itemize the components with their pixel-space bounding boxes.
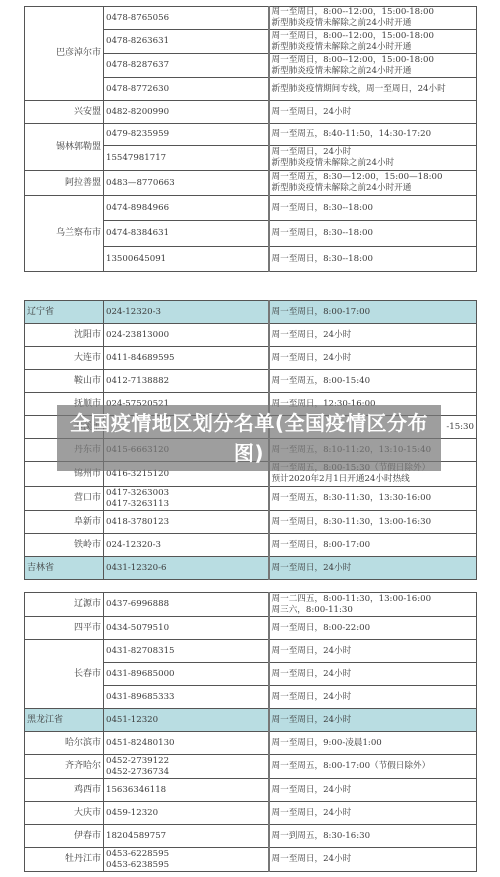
region-cell: 阜新市 [25,511,104,534]
hours-cell: 周一至周日，8:00--12:00，15:00-18:00新型肺炎疫情未解除之前… [269,7,477,30]
hours-cell: 周一至周日，24小时 [269,848,477,872]
phone-cell: 0431-89685333 [104,686,269,709]
hours-cell: 周一至周日，24小时 [269,709,477,732]
hours-cell: 周一至周日，24小时 [269,802,477,825]
table-row: 阿拉善盟 0483—8770663 周一至周五，8:30—12:00，15:00… [25,171,477,196]
hours-cell: 周一至周日，24小时 [269,663,477,686]
hours-cell: 周一至周日，8:00-17:00 [269,534,477,557]
hours-cell: 周一至周日，24小时 [269,347,477,370]
hours-cell: 周一至周日，24小时 [269,557,477,580]
hours-cell: 周一二四五，8:00-11:30，13:00-16:00周三六，8:00-11:… [269,593,477,617]
table-row: 铁岭市 024-12320-3 周一至周日，8:00-17:00 [25,534,477,557]
phone-cell: 0451-82480130 [104,732,269,755]
hours-cell: 周一至周日，8:30-11:30，13:00-16:30 [269,511,477,534]
region-cell: 铁岭市 [25,534,104,557]
region-cell: 大庆市 [25,802,104,825]
hours-cell: 周一至周日，9:00-凌晨1:00 [269,732,477,755]
table-row: 辽源市 0437-6996888 周一二四五，8:00-11:30，13:00-… [25,593,477,617]
hours-cell: 周一至周日，24小时 [269,686,477,709]
phone-cell: 0431-12320-6 [104,557,269,580]
phone-cell: 0411-84689595 [104,347,269,370]
hours-cell: 周一至周日，8:30--18:00 [269,196,477,221]
province-cell: 黑龙江省 [25,709,104,732]
phone-cell: 0434-5079510 [104,617,269,640]
table-row: 长春市 0431-82708315 周一至周日，24小时 [25,640,477,663]
hotline-table-3: 辽源市 0437-6996888 周一二四五，8:00-11:30，13:00-… [24,592,476,872]
region-cell: 四平市 [25,617,104,640]
phone-cell: 0478-8765056 [104,7,269,30]
hours-cell: 周一至周日，8:00-22:00 [269,617,477,640]
region-cell: 辽源市 [25,593,104,617]
phone-cell: 0474-8984966 [104,196,269,221]
province-cell: 吉林省 [25,557,104,580]
hours-cell: 周一至周日，24小时 [269,324,477,347]
region-cell: 巴彦淖尔市 [25,7,104,101]
hours-cell: 周一至周日，24小时新型肺炎疫情未解除之前24小时 [269,146,477,171]
table-row: 四平市 0434-5079510 周一至周日，8:00-22:00 [25,617,477,640]
hours-cell: 周一至周五，8:00-17:00（节假日除外） [269,755,477,779]
region-cell: 伊春市 [25,825,104,848]
hours-cell: 周一至周五，8:30—12:00，15:00—18:00新型肺炎疫情未解除之前2… [269,171,477,196]
hours-cell: 周一至周日，8:00--12:00，15:00-18:00新型肺炎疫情未解除之前… [269,30,477,54]
phone-cell: 0418-3780123 [104,511,269,534]
hours-cell: 周一至周五，8:40-11:50，14:30-17:20 [269,124,477,146]
hours-cell: 周一至周五，8:00-15:40 [269,370,477,393]
hours-cell: 周一至周日，24小时 [269,101,477,124]
province-row: 辽宁省 024-12320-3 周一至周日，8:00-17:00 [25,301,477,324]
table-row: 哈尔滨市 0451-82480130 周一至周日，9:00-凌晨1:00 [25,732,477,755]
region-cell: 锡林郭勒盟 [25,124,104,171]
region-cell: 兴安盟 [25,101,104,124]
phone-cell: 0474-8384631 [104,221,269,247]
table-row: 乌兰察布市 0474-8984966 周一至周日，8:30--18:00 [25,196,477,221]
title-overlay-banner: 全国疫情地区划分名单(全国疫情区分布图) [57,405,441,471]
hours-cell: 周一至周日，8:30--18:00 [269,247,477,272]
phone-cell: 0431-89685000 [104,663,269,686]
table-row: 兴安盟 0482-8200990 周一至周日，24小时 [25,101,477,124]
region-cell: 大连市 [25,347,104,370]
table-row: 大连市 0411-84689595 周一至周日，24小时 [25,347,477,370]
hours-cell: 周一至周日，24小时 [269,779,477,802]
region-cell: 哈尔滨市 [25,732,104,755]
phone-cell: 024-12320-3 [104,534,269,557]
phone-cell: 0437-6996888 [104,593,269,617]
phone-cell: 0483—8770663 [104,171,269,196]
region-cell: 鞍山市 [25,370,104,393]
hours-cell: 周一至周日，8:30--18:00 [269,221,477,247]
phone-cell: 15547981717 [104,146,269,171]
phone-cell: 0453-62285950453-6238595 [104,848,269,872]
hours-cell: 周一到周五，8:30-16:30 [269,825,477,848]
phone-cell: 0482-8200990 [104,101,269,124]
phone-cell: 0417-32630030417-3263113 [104,487,269,511]
hours-cell: 周一至周日，24小时 [269,640,477,663]
hours-cell: 周一至周日，8:00-17:00 [269,301,477,324]
hours-cell: 周一至周五，8:30-11:30，13:30-16:00 [269,487,477,511]
region-cell: 沈阳市 [25,324,104,347]
table-row: 营口市 0417-32630030417-3263113 周一至周五，8:30-… [25,487,477,511]
region-cell: 齐齐哈尔 [25,755,104,779]
region-cell: 阿拉善盟 [25,171,104,196]
province-cell: 辽宁省 [25,301,104,324]
table-row: 牡丹江市 0453-62285950453-6238595 周一至周日，24小时 [25,848,477,872]
phone-cell: 0478-8287637 [104,54,269,78]
phone-cell: 024-12320-3 [104,301,269,324]
table-row: 伊春市 18204589757 周一到周五，8:30-16:30 [25,825,477,848]
table-row: 巴彦淖尔市 0478-8765056 周一至周日，8:00--12:00，15:… [25,7,477,30]
phone-cell: 0452-27391220452-2736734 [104,755,269,779]
phone-cell: 0478-8263631 [104,30,269,54]
region-cell: 牡丹江市 [25,848,104,872]
region-cell: 营口市 [25,487,104,511]
table-row: 鸡西市 15636346118 周一至周日，24小时 [25,779,477,802]
table-row: 锡林郭勒盟 0479-8235959 周一至周五，8:40-11:50，14:3… [25,124,477,146]
hours-cell: 新型肺炎疫情期间专线，周一至周日，24小时 [269,78,477,101]
phone-cell: 0478-8772630 [104,78,269,101]
region-cell: 长春市 [25,640,104,709]
province-row: 吉林省 0431-12320-6 周一至周日，24小时 [25,557,477,580]
phone-cell: 0451-12320 [104,709,269,732]
phone-cell: 0431-82708315 [104,640,269,663]
table-row: 阜新市 0418-3780123 周一至周日，8:30-11:30，13:00-… [25,511,477,534]
table-row: 沈阳市 024-23813000 周一至周日，24小时 [25,324,477,347]
phone-cell: 13500645091 [104,247,269,272]
table-row: 大庆市 0459-12320 周一至周日，24小时 [25,802,477,825]
phone-cell: 0412-7138882 [104,370,269,393]
hours-cell: 周一至周日，8:00--12:00，15:00-18:00新型肺炎疫情未解除之前… [269,54,477,78]
region-cell: 鸡西市 [25,779,104,802]
table-row: 齐齐哈尔 0452-27391220452-2736734 周一至周五，8:00… [25,755,477,779]
phone-cell: 024-23813000 [104,324,269,347]
phone-cell: 15636346118 [104,779,269,802]
region-cell: 乌兰察布市 [25,196,104,272]
phone-cell: 0459-12320 [104,802,269,825]
phone-cell: 18204589757 [104,825,269,848]
province-row: 黑龙江省 0451-12320 周一至周日，24小时 [25,709,477,732]
hotline-table-1: 巴彦淖尔市 0478-8765056 周一至周日，8:00--12:00，15:… [24,6,476,272]
table-row: 鞍山市 0412-7138882 周一至周五，8:00-15:40 [25,370,477,393]
phone-cell: 0479-8235959 [104,124,269,146]
